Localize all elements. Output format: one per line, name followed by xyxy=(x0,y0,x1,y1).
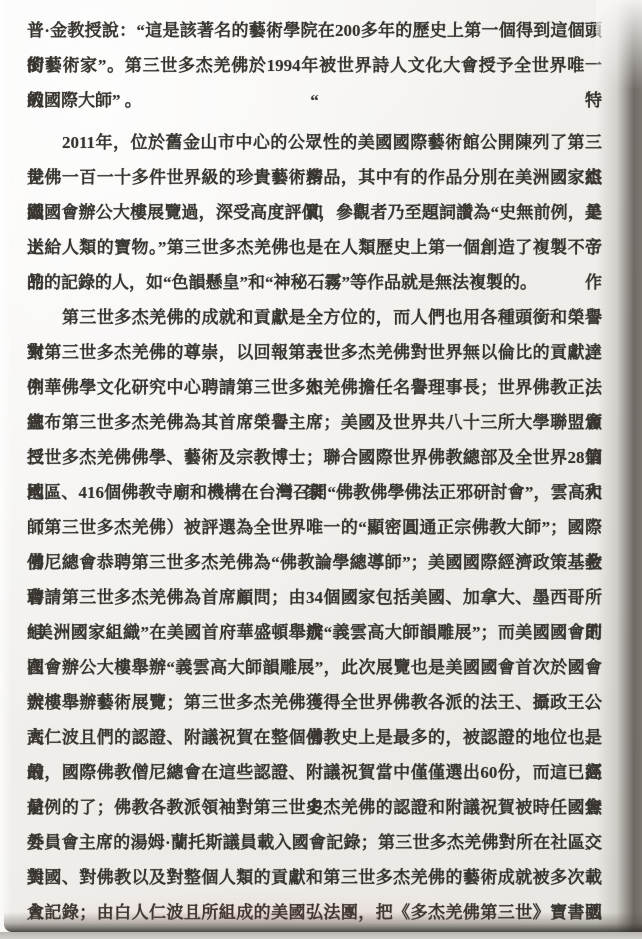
text-line: 羌佛一百一十多件世界級的珍貴藝術精品，其中有的作品分別在美洲國家組織和美 xyxy=(27,160,602,195)
page-corner-fade xyxy=(596,0,642,90)
text-line: 大仁波且們的認證、附議祝賀在整個佛教史上是最多的，被認證的地位也是最高 xyxy=(27,720,602,755)
text-line: 中華佛學文化研究中心聘請第三世多杰羌佛擔任名譽理事長；世界佛教正法總會 xyxy=(27,370,602,405)
text-line: 聘請第三世多杰羌佛為首席顧問；由34個國家包括美國、加拿大、墨西哥所組成的 xyxy=(27,580,602,615)
text-line: 國國會辦公大樓展覽過，深受高度評價，參觀者乃至題詞讚為“史無前例，是上帝 xyxy=(27,195,602,230)
text-line: 地區、416個佛教寺廟和機構在台灣召開“佛教佛學佛法正邪研討會”，雲高大師 xyxy=(27,475,602,510)
page-left-light-edge xyxy=(0,0,12,939)
text-line: 2011年，位於舊金山市中心的公眾性的美國國際藝術館公開陳列了第三世多杰 xyxy=(27,125,602,160)
text-line: “美洲國家組織”在美國首府華盛頓舉辦“義雲高大師韻雕展”；而美國國會則在 xyxy=(27,615,602,650)
page-bottom-shadow xyxy=(4,912,642,932)
text-line: 宣布第三世多杰羌佛為其首席榮譽主席；美國及世界共八十三所大學聯盟頒授第 xyxy=(27,405,602,440)
text-line: 國會辦公大樓舉辦“義雲高大師韻雕展”，此次展覽也是美國國會首次於國會辦公 xyxy=(27,650,602,685)
text-line: （第三世多杰羌佛）被評選為全世界唯一的“顯密圓通正宗佛教大師”；國際佛教 xyxy=(27,510,602,545)
page-right-shadow xyxy=(596,0,642,939)
text-line: 前例的了；佛教各教派領袖對第三世多杰羌佛的認證和附議祝賀被時任國會外交 xyxy=(27,790,602,825)
scanned-document-page: 普·金教授說：“這是該著名的藝術學院在200多年的歷史上第一個得到這個頭銜的藝術… xyxy=(0,0,642,939)
text-line: 送給人類的寶物。”第三世多杰羌佛也是在人類歷史上第一個創造了複製不了的作 xyxy=(27,230,602,265)
page-bottom-edge xyxy=(0,932,642,939)
text-line: 僧尼總會恭聘第三世多杰羌佛為“佛教論學總導師”；美國國際經濟政策基金會 xyxy=(27,545,602,580)
text-line: 品的記錄的人，如“色韻懸皇”和“神秘石霧”等作品就是無法複製的。 xyxy=(27,265,602,300)
text-line: 委員會主席的湯姆·蘭托斯議員載入國會記錄；第三世多杰羌佛對所在社區、對 xyxy=(27,825,602,860)
text-line: 美國、對佛教以及對整個人類的貢獻和第三世多杰羌佛的藝術成就被多次載入國 xyxy=(27,860,602,895)
text-line: 三世多杰羌佛佛學、藝術及宗教博士；聯合國際世界佛教總部及全世界28個國家和 xyxy=(27,440,602,475)
text-line: 的，國際佛教僧尼總會在這些認證、附議祝賀當中僅僅選出60份，而這已經是史無 xyxy=(27,755,602,790)
text-line: 第三世多杰羌佛的成就和貢獻是全方位的，而人們也用各種頭銜和榮譽來表達 xyxy=(27,300,602,335)
text-line: 大樓舉辦藝術展覽；第三世多杰羌佛獲得全世界佛教各派的法王、攝政王、高僧、 xyxy=(27,685,602,720)
document-text-block: 普·金教授說：“這是該著名的藝術學院在200多年的歷史上第一個得到這個頭銜的藝術… xyxy=(27,13,602,930)
text-line: 普·金教授說：“這是該著名的藝術學院在200多年的歷史上第一個得到這個頭銜 xyxy=(27,13,602,48)
text-line: 對第三世多杰羌佛的尊崇，以回報第三世多杰羌佛對世界無以倫比的貢獻。例如， xyxy=(27,335,602,370)
text-line: 的藝術家”。第三世多杰羌佛於1994年被世界詩人文化大會授予全世界唯一的“特 xyxy=(27,48,602,83)
